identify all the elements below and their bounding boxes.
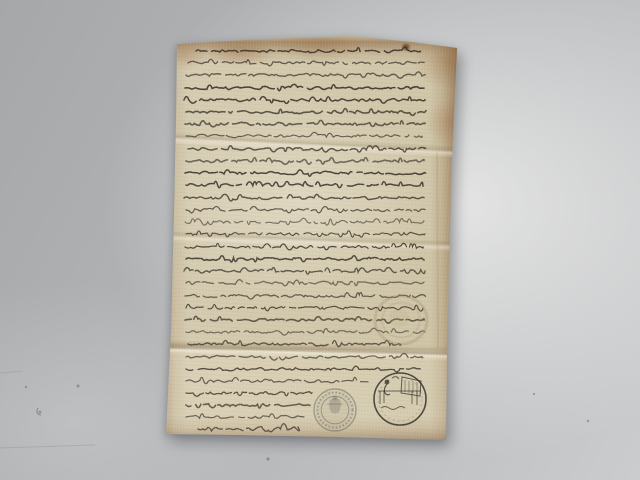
handwriting-line bbox=[185, 316, 424, 323]
handwriting-line bbox=[188, 59, 424, 65]
handwriting-line bbox=[186, 206, 425, 212]
handwriting-line bbox=[185, 218, 424, 225]
handwriting-line bbox=[186, 414, 304, 418]
gray-ink-stamp-icon bbox=[314, 389, 356, 431]
handwriting-line bbox=[186, 132, 422, 137]
handwriting-line bbox=[185, 120, 425, 126]
handwriting-line bbox=[184, 97, 425, 104]
handwriting-and-stamps bbox=[0, 0, 640, 480]
handwriting-line bbox=[184, 268, 425, 274]
handwriting-line bbox=[185, 84, 424, 90]
handwriting-line bbox=[186, 109, 426, 116]
handwriting-line bbox=[186, 256, 424, 262]
handwriting-line bbox=[185, 170, 426, 176]
handwriting-line bbox=[186, 354, 423, 361]
manuscript-sheet bbox=[0, 0, 640, 480]
handwriting-line bbox=[186, 181, 423, 188]
handwriting-line bbox=[186, 158, 424, 165]
handwriting-line bbox=[184, 194, 424, 201]
handwriting-line bbox=[186, 280, 424, 286]
embossed-seal-icon bbox=[375, 296, 427, 344]
handwriting-line bbox=[196, 47, 421, 53]
photograph-of-manuscript bbox=[0, 0, 640, 480]
handwriting-line bbox=[185, 243, 423, 250]
paper-surface bbox=[0, 0, 640, 480]
handwriting-line bbox=[186, 366, 420, 372]
handwriting-line bbox=[186, 392, 312, 396]
handwriting-line bbox=[186, 404, 310, 408]
handwriting-line bbox=[186, 377, 368, 383]
handwriting-line bbox=[188, 146, 426, 152]
handwriting-line bbox=[186, 72, 425, 78]
handwriting-line bbox=[186, 231, 425, 237]
vertical-fold-hint bbox=[437, 152, 438, 348]
black-engraved-stamp-icon bbox=[374, 373, 426, 425]
handwriting-line bbox=[188, 341, 401, 347]
handwritten-text-lines bbox=[184, 47, 438, 432]
handwriting-line bbox=[198, 424, 299, 432]
